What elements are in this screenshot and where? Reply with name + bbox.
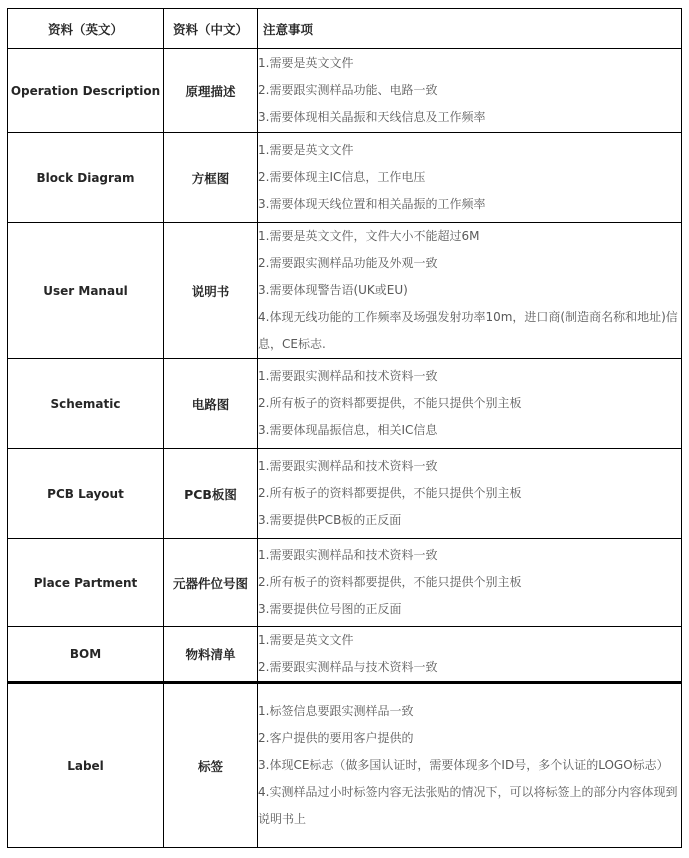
table-body: Operation Description原理描述1.需要是英文文件2.需要跟实…: [8, 49, 682, 848]
note-line: 3.需要提供PCB板的正反面: [258, 507, 681, 534]
note-line: 2.需要跟实测样品功能及外观一致: [258, 250, 681, 277]
doc-name-chinese: 元器件位号图: [164, 539, 258, 627]
table-row: BOM物料清单1.需要是英文文件2.需要跟实测样品与技术资料一致: [8, 627, 682, 683]
doc-notes: 1.标签信息要跟实测样品一致2.客户提供的要用客户提供的3.体现CE标志（做多国…: [258, 683, 682, 848]
doc-name-english: Label: [8, 683, 164, 848]
note-line: 2.所有板子的资料都要提供，不能只提供个别主板: [258, 480, 681, 507]
note-line: 2.客户提供的要用客户提供的: [258, 725, 681, 752]
doc-name-chinese: 方框图: [164, 133, 258, 223]
doc-name-english: Block Diagram: [8, 133, 164, 223]
note-line: 1.需要跟实测样品和技术资料一致: [258, 453, 681, 480]
note-line: 1.标签信息要跟实测样品一致: [258, 698, 681, 725]
note-line: 2.所有板子的资料都要提供，不能只提供个别主板: [258, 569, 681, 596]
doc-notes: 1.需要跟实测样品和技术资料一致2.所有板子的资料都要提供，不能只提供个别主板3…: [258, 449, 682, 539]
doc-notes: 1.需要是英文文件2.需要体现主IC信息，工作电压3.需要体现天线位置和相关晶振…: [258, 133, 682, 223]
table-row: User Manaul说明书1.需要是英文文件，文件大小不能超过6M2.需要跟实…: [8, 223, 682, 359]
doc-name-chinese: 电路图: [164, 359, 258, 449]
note-line: 1.需要是英文文件，文件大小不能超过6M: [258, 223, 681, 250]
note-line: 3.需要体现警告语(UK或EU): [258, 277, 681, 304]
note-line: 3.需要提供位号图的正反面: [258, 596, 681, 623]
table-row: Operation Description原理描述1.需要是英文文件2.需要跟实…: [8, 49, 682, 133]
note-line: 2.需要体现主IC信息，工作电压: [258, 164, 681, 191]
certification-documents-table: 资料（英文） 资料（中文） 注意事项 Operation Description…: [7, 8, 682, 848]
doc-notes: 1.需要是英文文件，文件大小不能超过6M2.需要跟实测样品功能及外观一致3.需要…: [258, 223, 682, 359]
doc-name-english: PCB Layout: [8, 449, 164, 539]
table-row: PCB LayoutPCB板图1.需要跟实测样品和技术资料一致2.所有板子的资料…: [8, 449, 682, 539]
doc-name-english: Operation Description: [8, 49, 164, 133]
table-row: Label标签1.标签信息要跟实测样品一致2.客户提供的要用客户提供的3.体现C…: [8, 683, 682, 848]
note-line: 1.需要是英文文件: [258, 50, 681, 77]
doc-name-english: User Manaul: [8, 223, 164, 359]
header-row: 资料（英文） 资料（中文） 注意事项: [8, 9, 682, 49]
doc-notes: 1.需要跟实测样品和技术资料一致2.所有板子的资料都要提供，不能只提供个别主板3…: [258, 539, 682, 627]
note-line: 3.需要体现天线位置和相关晶振的工作频率: [258, 191, 681, 218]
header-doc-english: 资料（英文）: [8, 9, 164, 49]
table-row: Schematic电路图1.需要跟实测样品和技术资料一致2.所有板子的资料都要提…: [8, 359, 682, 449]
note-line: 1.需要是英文文件: [258, 137, 681, 164]
doc-name-chinese: 标签: [164, 683, 258, 848]
doc-notes: 1.需要跟实测样品和技术资料一致2.所有板子的资料都要提供，不能只提供个别主板3…: [258, 359, 682, 449]
note-line: 3.需要体现晶振信息，相关IC信息: [258, 417, 681, 444]
header-notes: 注意事项: [258, 9, 682, 49]
doc-name-chinese: 说明书: [164, 223, 258, 359]
note-line: 1.需要是英文文件: [258, 627, 681, 654]
doc-notes: 1.需要是英文文件2.需要跟实测样品功能、电路一致3.需要体现相关晶振和天线信息…: [258, 49, 682, 133]
doc-name-english: Place Partment: [8, 539, 164, 627]
note-line: 2.需要跟实测样品功能、电路一致: [258, 77, 681, 104]
note-line: 3.体现CE标志（做多国认证时，需要体现多个ID号，多个认证的LOGO标志）: [258, 752, 681, 779]
note-line: 2.需要跟实测样品与技术资料一致: [258, 654, 681, 681]
note-line: 1.需要跟实测样品和技术资料一致: [258, 542, 681, 569]
doc-name-chinese: PCB板图: [164, 449, 258, 539]
table-header: 资料（英文） 资料（中文） 注意事项: [8, 9, 682, 49]
table-row: Place Partment元器件位号图1.需要跟实测样品和技术资料一致2.所有…: [8, 539, 682, 627]
header-doc-chinese: 资料（中文）: [164, 9, 258, 49]
doc-name-chinese: 物料清单: [164, 627, 258, 683]
doc-name-english: Schematic: [8, 359, 164, 449]
note-line: 3.需要体现相关晶振和天线信息及工作频率: [258, 104, 681, 131]
note-line: 1.需要跟实测样品和技术资料一致: [258, 363, 681, 390]
doc-name-chinese: 原理描述: [164, 49, 258, 133]
note-line: 2.所有板子的资料都要提供，不能只提供个别主板: [258, 390, 681, 417]
doc-notes: 1.需要是英文文件2.需要跟实测样品与技术资料一致: [258, 627, 682, 683]
doc-name-english: BOM: [8, 627, 164, 683]
note-line: 4.实测样品过小时标签内容无法张贴的情况下，可以将标签上的部分内容体现到说明书上: [258, 779, 681, 833]
note-line: 4.体现无线功能的工作频率及场强发射功率10m，进口商(制造商名称和地址)信息，…: [258, 304, 681, 358]
document-page: 资料（英文） 资料（中文） 注意事项 Operation Description…: [0, 0, 689, 858]
table-row: Block Diagram方框图1.需要是英文文件2.需要体现主IC信息，工作电…: [8, 133, 682, 223]
